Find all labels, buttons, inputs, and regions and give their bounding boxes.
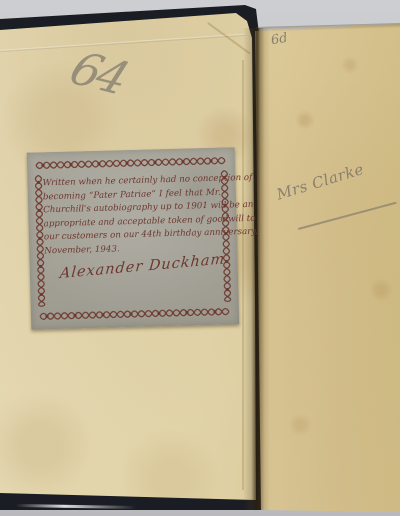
gutter-shadow <box>243 28 270 510</box>
bookplate: Written when he certainly had no concept… <box>27 147 240 329</box>
bookplate-inscription: Written when he certainly had no concept… <box>42 173 222 259</box>
scroll-border-bottom-icon <box>38 305 232 322</box>
book-photograph: 64 Written when <box>0 0 400 516</box>
pencil-price-mark: 6d <box>270 31 289 49</box>
scroll-border-top-icon <box>34 154 228 171</box>
